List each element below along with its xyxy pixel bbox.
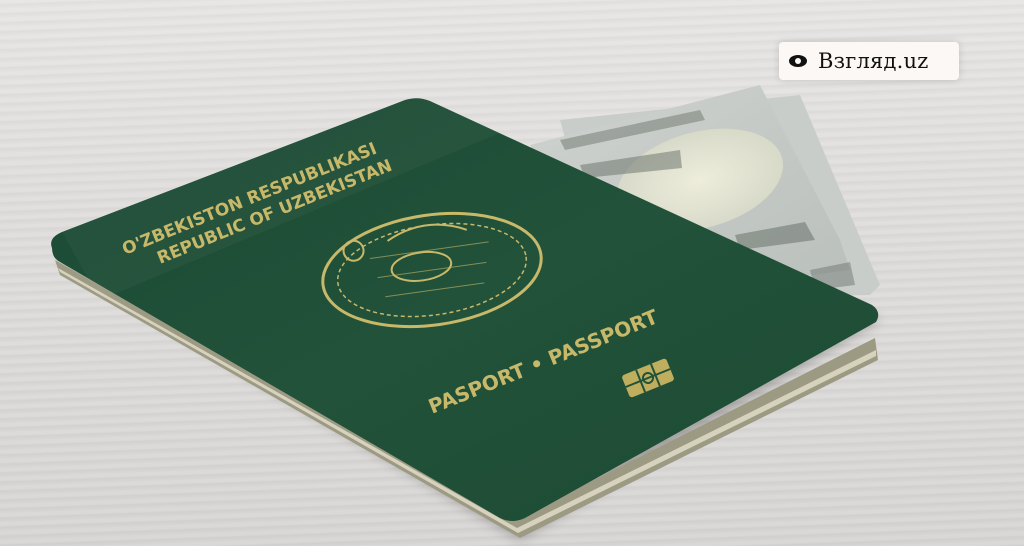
passport: O'ZBEKISTON RESPUBLIKASI REPUBLIC OF UZB… (0, 0, 1024, 546)
watermark-brand: Взгляд.uz (818, 49, 928, 73)
photo-scene: O'ZBEKISTON RESPUBLIKASI REPUBLIC OF UZB… (0, 0, 1024, 546)
watermark-badge: Взгляд.uz (779, 42, 959, 80)
eye-icon (789, 55, 809, 67)
